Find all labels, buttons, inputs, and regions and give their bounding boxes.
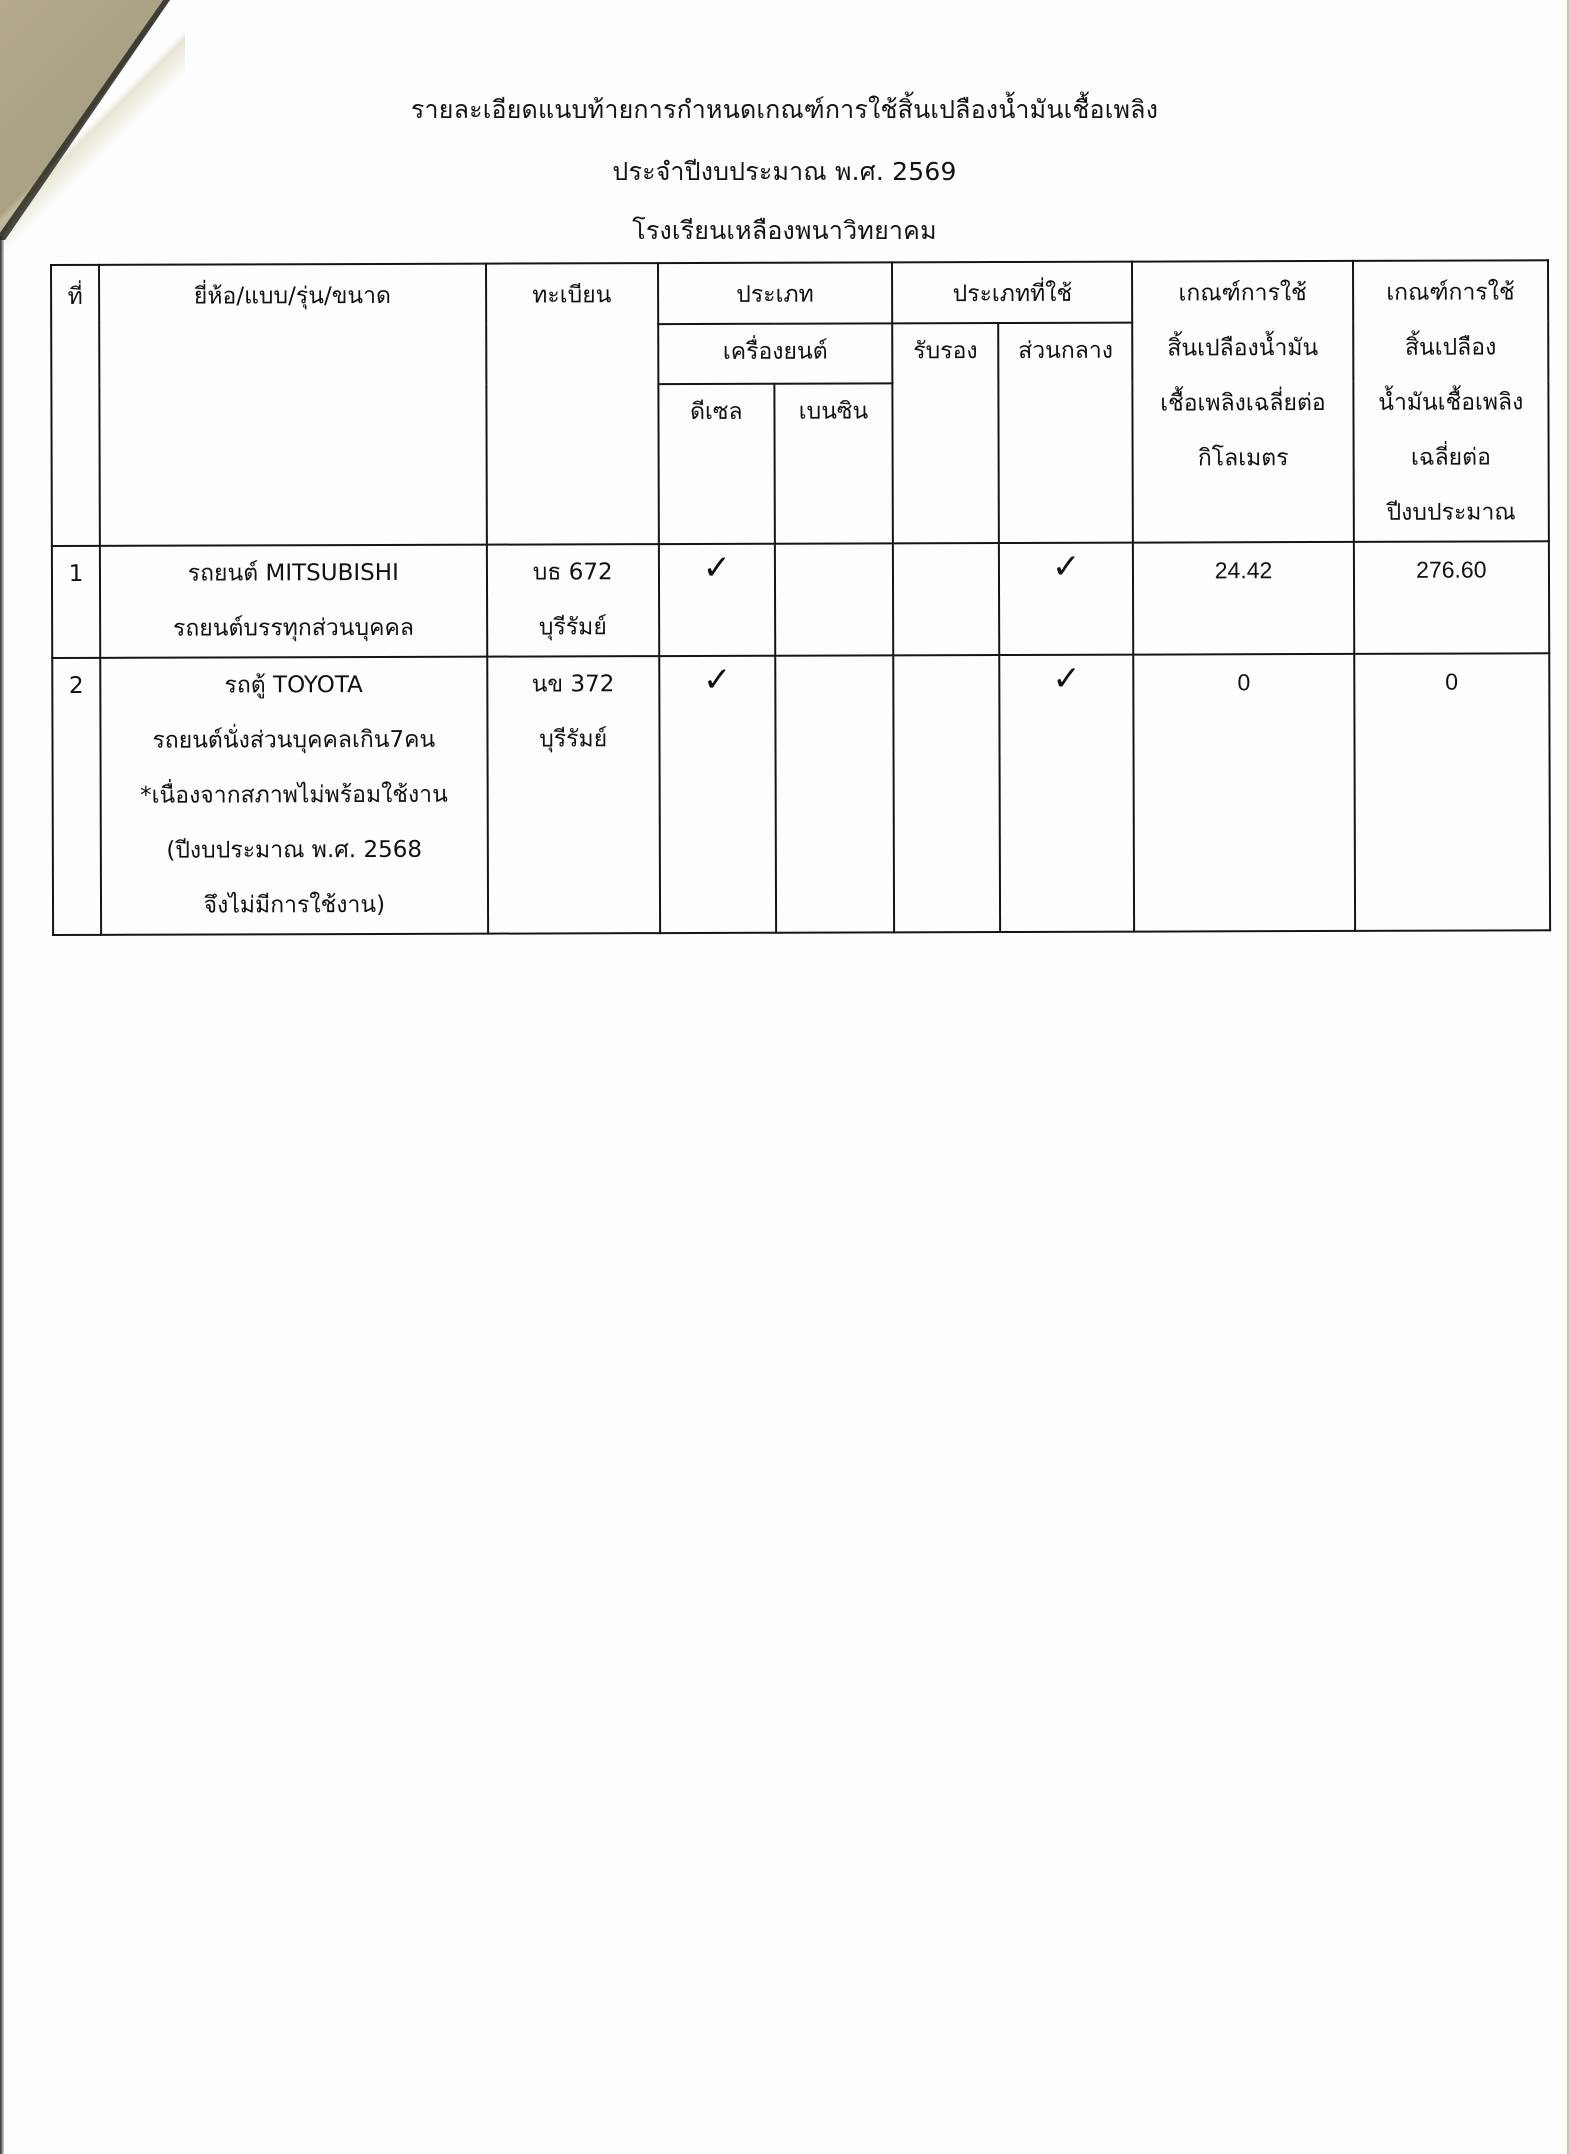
header-per-km-line: สิ้นเปลืองน้ำมัน <box>1134 321 1352 377</box>
document-fiscal-year: ประจำปีงบประมาณ พ.ศ. 2569 <box>0 152 1569 192</box>
row-brand: รถตู้ TOYOTAรถยนต์นั่งส่วนบุคคลเกิน7คน*เ… <box>100 657 487 935</box>
row-per-year: 276.60 <box>1354 541 1550 654</box>
brand-line: รถยนต์นั่งส่วนบุคคลเกิน7คน <box>101 713 486 769</box>
header-per-year-line: ปีงบประมาณ <box>1354 485 1547 541</box>
header-per-year: เกณฑ์การใช้ สิ้นเปลือง น้ำมันเชื้อเพลิง … <box>1353 260 1549 542</box>
header-per-year-line: น้ำมันเชื้อเพลิง <box>1354 375 1547 431</box>
row-no: 1 <box>52 546 100 658</box>
header-type-group: ประเภท <box>658 262 892 324</box>
table-row: 2 รถตู้ TOYOTAรถยนต์นั่งส่วนบุคคลเกิน7คน… <box>52 653 1550 935</box>
header-per-km-line: เชื้อเพลิงเฉลี่ยต่อ <box>1134 376 1352 432</box>
row-central: ✓ <box>999 543 1134 655</box>
fuel-criteria-table: ที่ ยี่ห้อ/แบบ/รุ่น/ขนาด ทะเบียน ประเภท … <box>50 259 1551 936</box>
header-certified: รับรอง <box>892 323 999 543</box>
row-no: 2 <box>52 658 101 935</box>
header-diesel: ดีเซล <box>658 384 775 544</box>
check-mark-icon: ✓ <box>703 548 732 588</box>
table-body: 1 รถยนต์ MITSUBISHIรถยนต์บรรทุกส่วนบุคคล… <box>52 541 1550 935</box>
header-per-km-line: กิโลเมตร <box>1134 431 1352 487</box>
plate-line: บุรีรัมย์ <box>488 600 658 656</box>
document-title: รายละเอียดแนบท้ายการกำหนดเกณฑ์การใช้สิ้น… <box>0 90 1569 130</box>
header-per-km-line: เกณฑ์การใช้ <box>1133 266 1351 322</box>
row-plate: บธ 672บุรีรัมย์ <box>486 544 659 657</box>
header-benzin: เบนซิน <box>774 383 893 543</box>
header-brand: ยี่ห้อ/แบบ/รุ่น/ขนาด <box>99 264 486 546</box>
brand-line: รถตู้ TOYOTA <box>101 658 486 714</box>
plate-line: นข 372 <box>488 657 658 713</box>
document-school-name: โรงเรียนเหลืองพนาวิทยาคม <box>0 211 1569 251</box>
check-mark-icon: ✓ <box>703 660 732 700</box>
brand-line: รถยนต์บรรทุกส่วนบุคคล <box>101 601 486 657</box>
plate-line: บธ 672 <box>487 545 657 601</box>
row-plate: นข 372บุรีรัมย์ <box>487 656 660 934</box>
row-certified <box>893 655 1000 932</box>
row-per-year: 0 <box>1354 653 1550 931</box>
header-per-year-line: เกณฑ์การใช้ <box>1354 265 1547 321</box>
row-diesel: ✓ <box>659 656 776 933</box>
plate-line: บุรีรัมย์ <box>488 712 658 768</box>
check-mark-icon: ✓ <box>1052 659 1081 699</box>
row-certified <box>893 543 999 655</box>
header-central: ส่วนกลาง <box>998 323 1133 543</box>
row-benzin <box>775 655 894 932</box>
header-per-year-line: สิ้นเปลือง <box>1354 320 1547 376</box>
header-per-km: เกณฑ์การใช้ สิ้นเปลืองน้ำมัน เชื้อเพลิงเ… <box>1132 261 1353 543</box>
header-no: ที่ <box>51 265 100 546</box>
row-benzin <box>775 543 894 655</box>
brand-line: *เนื่องจากสภาพไม่พร้อมใช้งาน <box>102 768 487 824</box>
row-per-km: 24.42 <box>1133 542 1354 655</box>
table-row: 1 รถยนต์ MITSUBISHIรถยนต์บรรทุกส่วนบุคคล… <box>52 541 1549 658</box>
header-usage-group: ประเภทที่ใช้ <box>892 262 1133 324</box>
check-mark-icon: ✓ <box>1052 547 1081 587</box>
page-left-edge <box>0 236 4 2154</box>
row-diesel: ✓ <box>659 544 775 656</box>
row-central: ✓ <box>999 655 1134 932</box>
header-engine-group: เครื่องยนต์ <box>658 323 892 384</box>
row-per-km: 0 <box>1134 654 1355 932</box>
brand-line: รถยนต์ MITSUBISHI <box>101 546 486 602</box>
header-per-year-line: เฉลี่ยต่อ <box>1354 430 1547 486</box>
brand-line: (ปีงบประมาณ พ.ศ. 2568 <box>102 823 487 879</box>
row-brand: รถยนต์ MITSUBISHIรถยนต์บรรทุกส่วนบุคคล <box>100 545 487 658</box>
header-plate: ทะเบียน <box>486 263 659 545</box>
brand-line: จึงไม่มีการใช้งาน) <box>102 878 487 934</box>
